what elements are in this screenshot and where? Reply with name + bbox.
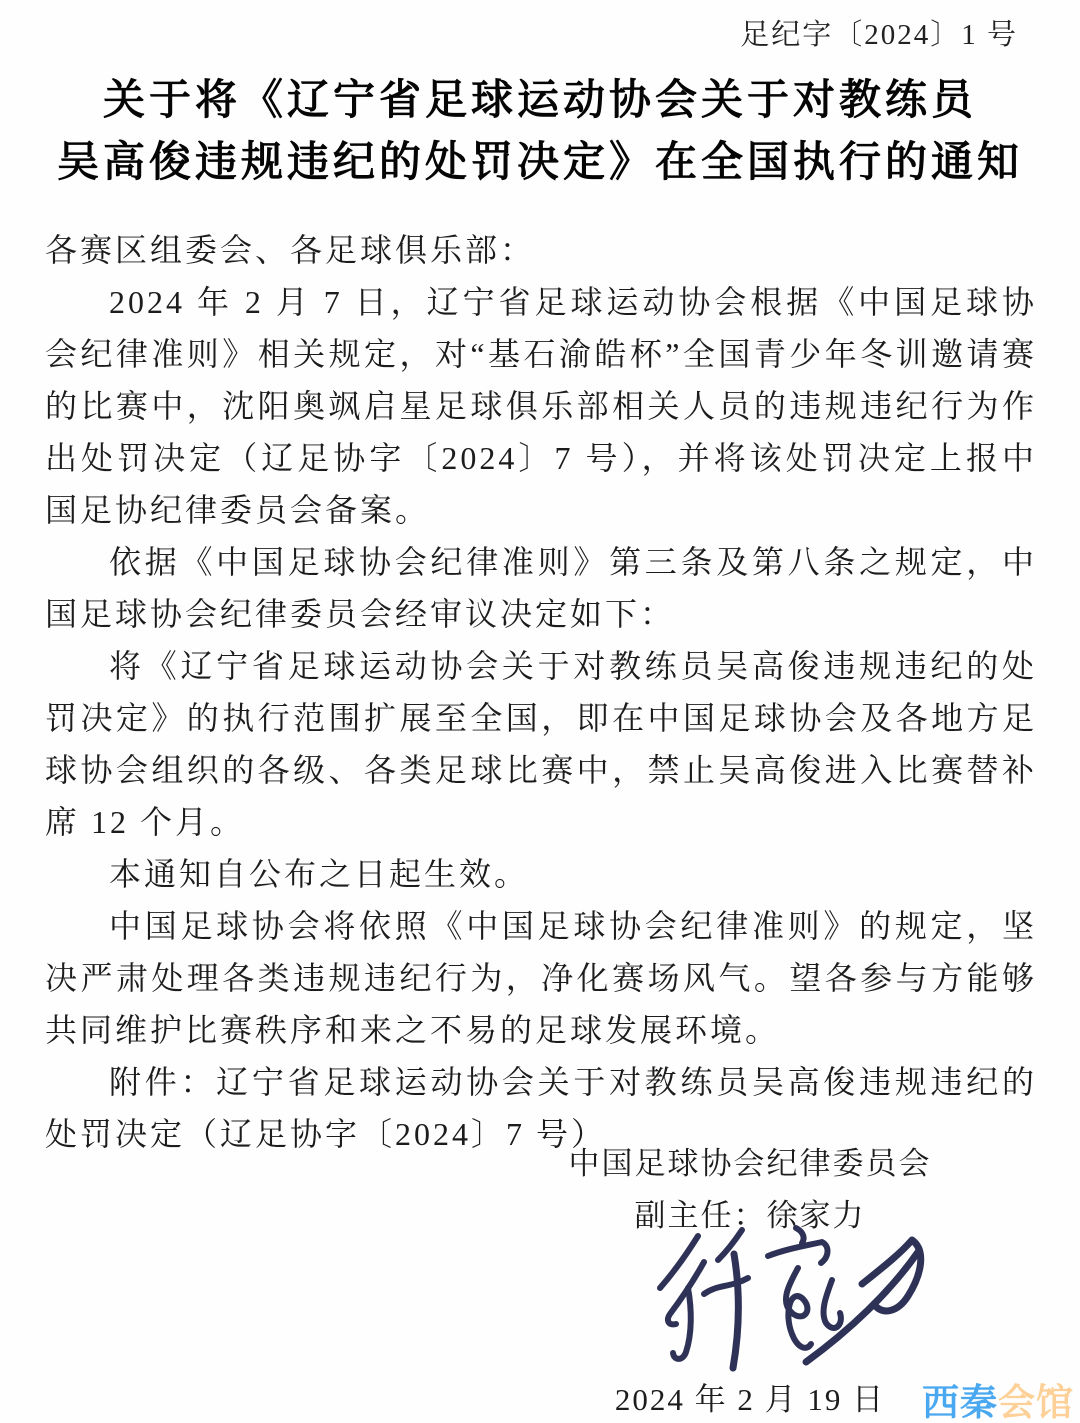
body-paragraph: 2024 年 2 月 7 日，辽宁省足球运动协会根据《中国足球协会纪律准则》相关… bbox=[45, 276, 1037, 536]
document-title-line-1: 关于将《辽宁省足球运动协会关于对教练员 bbox=[0, 70, 1080, 132]
document-page: 足纪字〔2024〕1 号 关于将《辽宁省足球运动协会关于对教练员 吴高俊违规违纪… bbox=[0, 0, 1080, 1423]
body-paragraph: 中国足球协会将依照《中国足球协会纪律准则》的规定，坚决严肃处理各类违规违纪行为，… bbox=[45, 900, 1037, 1056]
body-paragraph: 本通知自公布之日起生效。 bbox=[45, 848, 1037, 900]
body-paragraph: 将《辽宁省足球运动协会关于对教练员吴高俊违规违纪的处罚决定》的执行范围扩展至全国… bbox=[45, 640, 1037, 848]
document-title-line-2: 吴高俊违规违纪的处罚决定》在全国执行的通知 bbox=[0, 132, 1080, 194]
doc-number: 足纪字〔2024〕1 号 bbox=[740, 12, 1018, 53]
watermark: 西秦会馆 bbox=[922, 1384, 1074, 1421]
watermark-text-blue: 西秦 bbox=[922, 1382, 998, 1423]
salutation-line: 各赛区组委会、各足球俱乐部： bbox=[45, 224, 1037, 276]
watermark-text-orange: 会馆 bbox=[998, 1382, 1074, 1423]
document-title: 关于将《辽宁省足球运动协会关于对教练员 吴高俊违规违纪的处罚决定》在全国执行的通… bbox=[0, 70, 1080, 194]
document-body: 各赛区组委会、各足球俱乐部： 2024 年 2 月 7 日，辽宁省足球运动协会根… bbox=[45, 224, 1037, 1160]
signoff-organization: 中国足球协会纪律委员会 bbox=[420, 1138, 1080, 1190]
handwritten-signature-image bbox=[600, 1222, 960, 1382]
body-paragraph: 依据《中国足球协会纪律准则》第三条及第八条之规定，中国足球协会纪律委员会经审议决… bbox=[45, 536, 1037, 640]
